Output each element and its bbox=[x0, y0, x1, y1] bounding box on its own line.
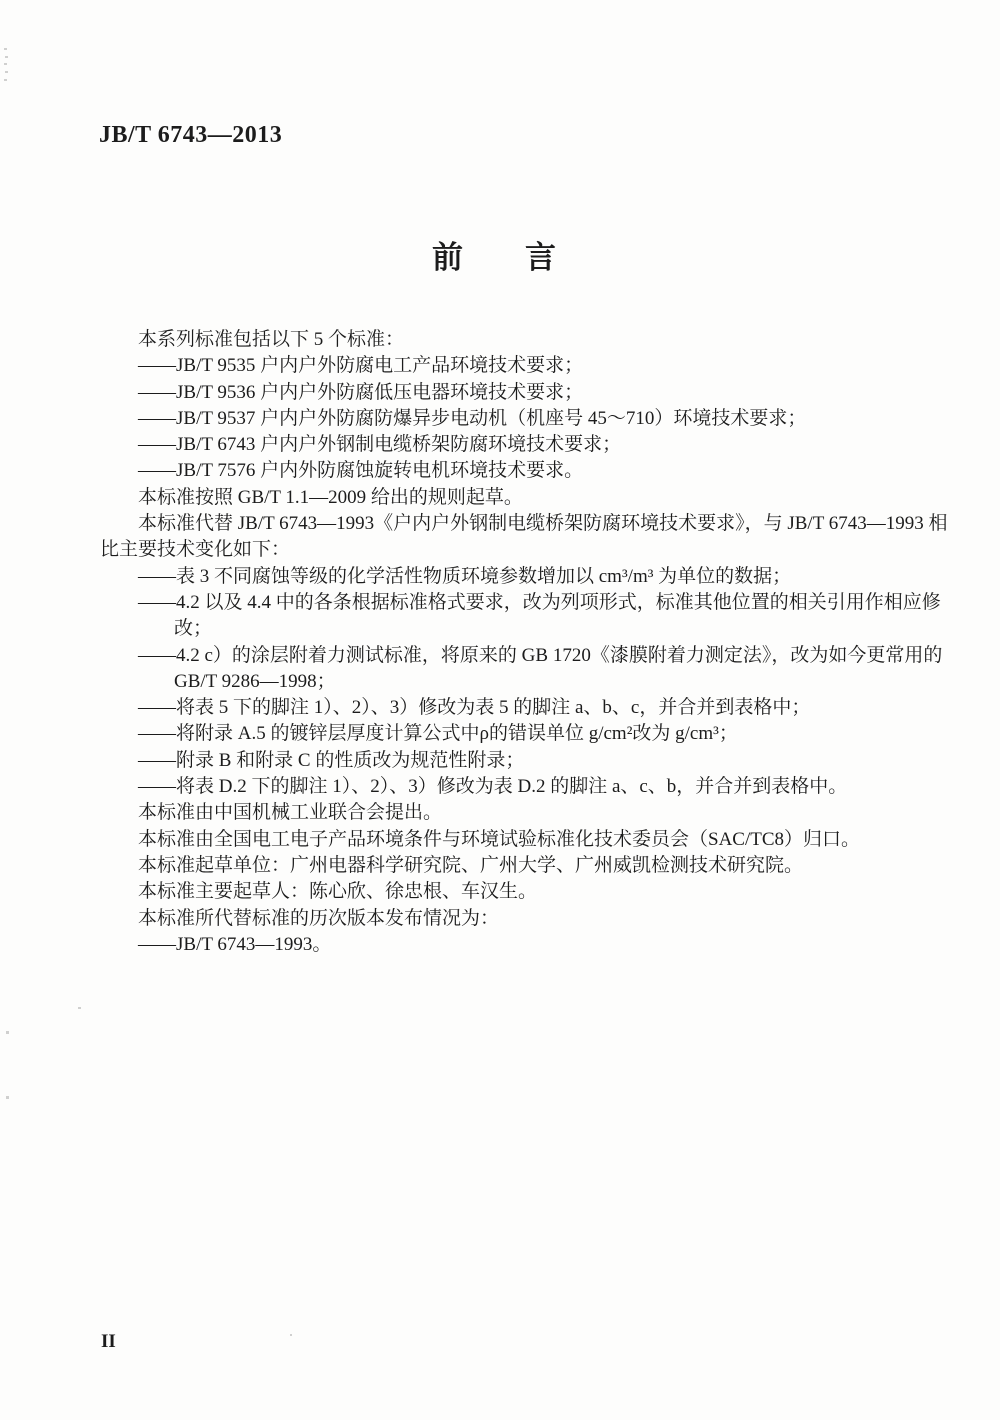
scan-artifact bbox=[6, 1031, 9, 1034]
text-line: 本标准按照 GB/T 1.1—2009 给出的规则起草。 bbox=[100, 485, 912, 511]
text-line: ——JB/T 7576 户内外防腐蚀旋转电机环境技术要求。 bbox=[100, 458, 912, 484]
text-line: 本标准主要起草人：陈心欣、徐忠根、车汉生。 bbox=[100, 879, 912, 905]
page-number: II bbox=[101, 1331, 116, 1353]
text-line: 本标准由中国机械工业联合会提出。 bbox=[100, 800, 912, 826]
text-line: 本标准由全国电工电子产品环境条件与环境试验标准化技术委员会（SAC/TC8）归口… bbox=[100, 827, 912, 853]
text-line: ——JB/T 6743 户内户外钢制电缆桥架防腐环境技术要求； bbox=[100, 432, 912, 458]
scan-artifact bbox=[5, 71, 8, 73]
text-line: ——JB/T 6743—1993。 bbox=[100, 932, 912, 958]
document-page: { "page": { "header_code": "JB/T 6743—20… bbox=[0, 0, 1000, 1420]
text-line: ——4.2 以及 4.4 中的各条根据标准格式要求，改为列项形式，标准其他位置的… bbox=[100, 590, 912, 616]
text-line: 本系列标准包括以下 5 个标准： bbox=[100, 327, 912, 353]
text-line: 改； bbox=[100, 616, 912, 642]
text-line: ——将表 D.2 下的脚注 1）、2）、3）修改为表 D.2 的脚注 a、c、b… bbox=[100, 774, 912, 800]
foreword-body: 本系列标准包括以下 5 个标准： ——JB/T 9535 户内户外防腐电工产品环… bbox=[100, 327, 912, 958]
scan-artifact bbox=[4, 63, 7, 65]
scan-artifact bbox=[5, 56, 8, 58]
text-line: ——将附录 A.5 的镀锌层厚度计算公式中ρ的错误单位 g/cm²改为 g/cm… bbox=[100, 721, 912, 747]
text-line: 本标准所代替标准的历次版本发布情况为： bbox=[100, 906, 912, 932]
text-line: ——表 3 不同腐蚀等级的化学活性物质环境参数增加以 cm³/m³ 为单位的数据… bbox=[100, 564, 912, 590]
text-line: ——4.2 c）的涂层附着力测试标准，将原来的 GB 1720《漆膜附着力测定法… bbox=[100, 643, 912, 669]
scan-artifact bbox=[6, 1096, 9, 1099]
text-line: GB/T 9286—1998； bbox=[100, 669, 912, 695]
scan-artifact bbox=[290, 1334, 292, 1336]
text-line: 本标准代替 JB/T 6743—1993《户内户外钢制电缆桥架防腐环境技术要求》… bbox=[100, 511, 912, 537]
scan-artifact bbox=[4, 48, 7, 50]
text-line: ——JB/T 9536 户内户外防腐低压电器环境技术要求； bbox=[100, 380, 912, 406]
standard-code-header: JB/T 6743—2013 bbox=[99, 122, 282, 149]
text-line: ——JB/T 9535 户内户外防腐电工产品环境技术要求； bbox=[100, 353, 912, 379]
text-line: ——JB/T 9537 户内户外防腐防爆异步电动机（机座号 45～710）环境技… bbox=[100, 406, 912, 432]
scan-artifact bbox=[4, 79, 7, 81]
text-line: ——附录 B 和附录 C 的性质改为规范性附录； bbox=[100, 748, 912, 774]
page-title: 前 言 bbox=[0, 232, 988, 277]
text-line: 比主要技术变化如下： bbox=[100, 537, 912, 563]
text-line: ——将表 5 下的脚注 1）、2）、3）修改为表 5 的脚注 a、b、c，并合并… bbox=[100, 695, 912, 721]
text-line: 本标准起草单位：广州电器科学研究院、广州大学、广州威凯检测技术研究院。 bbox=[100, 853, 912, 879]
scan-artifact bbox=[78, 1007, 81, 1009]
